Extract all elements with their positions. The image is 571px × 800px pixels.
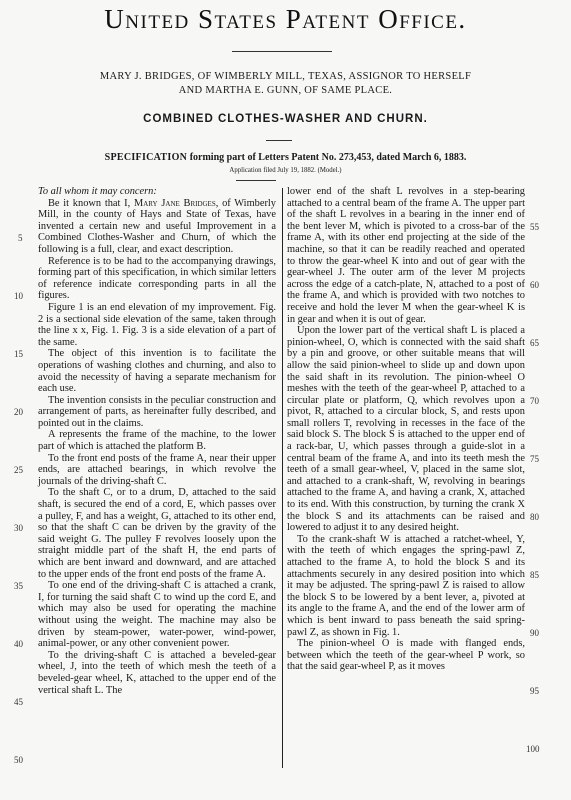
line-number: 95: [530, 686, 539, 696]
text: Be it known that I,: [48, 198, 134, 209]
title-rule: [232, 51, 332, 52]
paragraph: Be it known that I, Mary Jane Bridges, o…: [38, 198, 276, 256]
application-filed: Application filed July 19, 1882. (Model.…: [0, 167, 571, 174]
spec-lead: SPECIFICATION: [105, 152, 188, 163]
line-number: 10: [14, 291, 23, 301]
line-number: 45: [14, 697, 23, 707]
paragraph: Reference is to be had to the accompanyi…: [38, 256, 276, 302]
paragraph: Upon the lower part of the vertical shaf…: [287, 325, 525, 534]
inventor-block: MARY J. BRIDGES, OF WIMBERLY MILL, TEXAS…: [0, 70, 571, 98]
line-number: 75: [530, 454, 539, 464]
line-number: 65: [530, 338, 539, 348]
paragraph: A represents the frame of the machine, t…: [38, 429, 276, 452]
line-number: 20: [14, 407, 23, 417]
line-number: 25: [14, 465, 23, 475]
paragraph: The object of this invention is to facil…: [38, 348, 276, 394]
spec-rest: forming part of Letters Patent No. 273,4…: [187, 152, 466, 163]
line-number: 55: [530, 222, 539, 232]
line-number: 90: [530, 628, 539, 638]
line-number: 80: [530, 512, 539, 522]
column-divider: [282, 188, 283, 768]
paragraph: To one end of the driving-shaft C is att…: [38, 580, 276, 650]
line-number: 30: [14, 523, 23, 533]
line-number: 85: [530, 570, 539, 580]
paragraph: To the driving-shaft C is attached a bev…: [38, 650, 276, 696]
line-number: 40: [14, 639, 23, 649]
line-number: 60: [530, 280, 539, 290]
paragraph: The pinion-wheel O is made with flanged …: [287, 638, 525, 673]
invention-rule: [266, 140, 292, 141]
inventor-name: Mary Jane Bridges: [134, 198, 216, 209]
paragraph: To the front end posts of the frame A, n…: [38, 453, 276, 488]
paragraph: The invention consists in the peculiar c…: [38, 395, 276, 430]
spec-rule: [236, 180, 276, 181]
line-number: 35: [14, 581, 23, 591]
paragraph: To the shaft C, or to a drum, D, attache…: [38, 487, 276, 580]
line-number: 5: [18, 233, 23, 243]
salutation: To all whom it may concern:: [38, 186, 276, 198]
invention-title: COMBINED CLOTHES-WASHER AND CHURN.: [0, 113, 571, 125]
paragraph: Figure 1 is an end elevation of my impro…: [38, 302, 276, 348]
line-number: 100: [526, 744, 540, 754]
specification-line: SPECIFICATION forming part of Letters Pa…: [0, 152, 571, 163]
office-title: United States Patent Office.: [0, 4, 571, 35]
line-number: 50: [14, 755, 23, 765]
patent-page: United States Patent Office. MARY J. BRI…: [0, 0, 571, 800]
line-number: 70: [530, 396, 539, 406]
paragraph: lower end of the shaft L revolves in a s…: [287, 186, 525, 325]
inventor-line-1: MARY J. BRIDGES, OF WIMBERLY MILL, TEXAS…: [0, 70, 571, 84]
right-column: lower end of the shaft L revolves in a s…: [287, 186, 525, 673]
left-column: To all whom it may concern: Be it known …: [38, 186, 276, 696]
inventor-line-2: AND MARTHA E. GUNN, OF SAME PLACE.: [0, 84, 571, 98]
paragraph: To the crank-shaft W is attached a ratch…: [287, 534, 525, 638]
line-number: 15: [14, 349, 23, 359]
